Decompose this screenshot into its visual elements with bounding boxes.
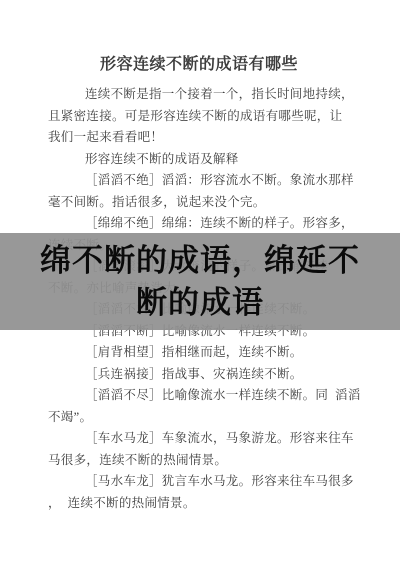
article-line: 且紧密连接。可是形容连续不断的成语有哪些呢，让: [48, 106, 350, 128]
article-line: 马很多，连续不断的热闹情景。: [48, 450, 350, 472]
article-line: ［滔滔不尽］比喻像流水一样连续不断。同 滔滔: [48, 385, 350, 407]
article-line: ［马水车龙］犹言车水马龙。形容来往车马很多: [48, 471, 350, 493]
article-line: ［肩背相望］指相继而起，连续不断。: [48, 342, 350, 364]
article-line: 毫不间断。指话很多，说起来没个完。: [48, 192, 350, 214]
article-line: ［绵绵不绝］绵绵：连续不断的样子。形容多，: [48, 213, 350, 235]
watermark-title-line-2: 断的成语: [136, 282, 264, 324]
article-line: ［滔滔不绝］滔滔：形容流水不断。象流水那样: [48, 170, 350, 192]
article-line: 连续不断是指一个接着一个，指长时间地持续，: [48, 84, 350, 106]
watermark-overlay: 绵不断的成语，绵延不 断的成语: [0, 233, 400, 330]
article-line: 我们一起来看看吧！: [48, 127, 350, 149]
article-line: 形容连续不断的成语及解释: [48, 149, 350, 171]
watermark-title-line-1: 绵不断的成语，绵延不: [40, 240, 360, 282]
article-line: 不竭”。: [48, 407, 350, 429]
article-line: ［车水马龙］车象流水，马象游龙。形容来往车: [48, 428, 350, 450]
article-line: ， 连续不断的热闹情景。: [48, 493, 350, 515]
article-line: ［兵连祸接］指战事、灾祸连续不断。: [48, 364, 350, 386]
article-title: 形容连续不断的成语有哪些: [48, 53, 350, 77]
